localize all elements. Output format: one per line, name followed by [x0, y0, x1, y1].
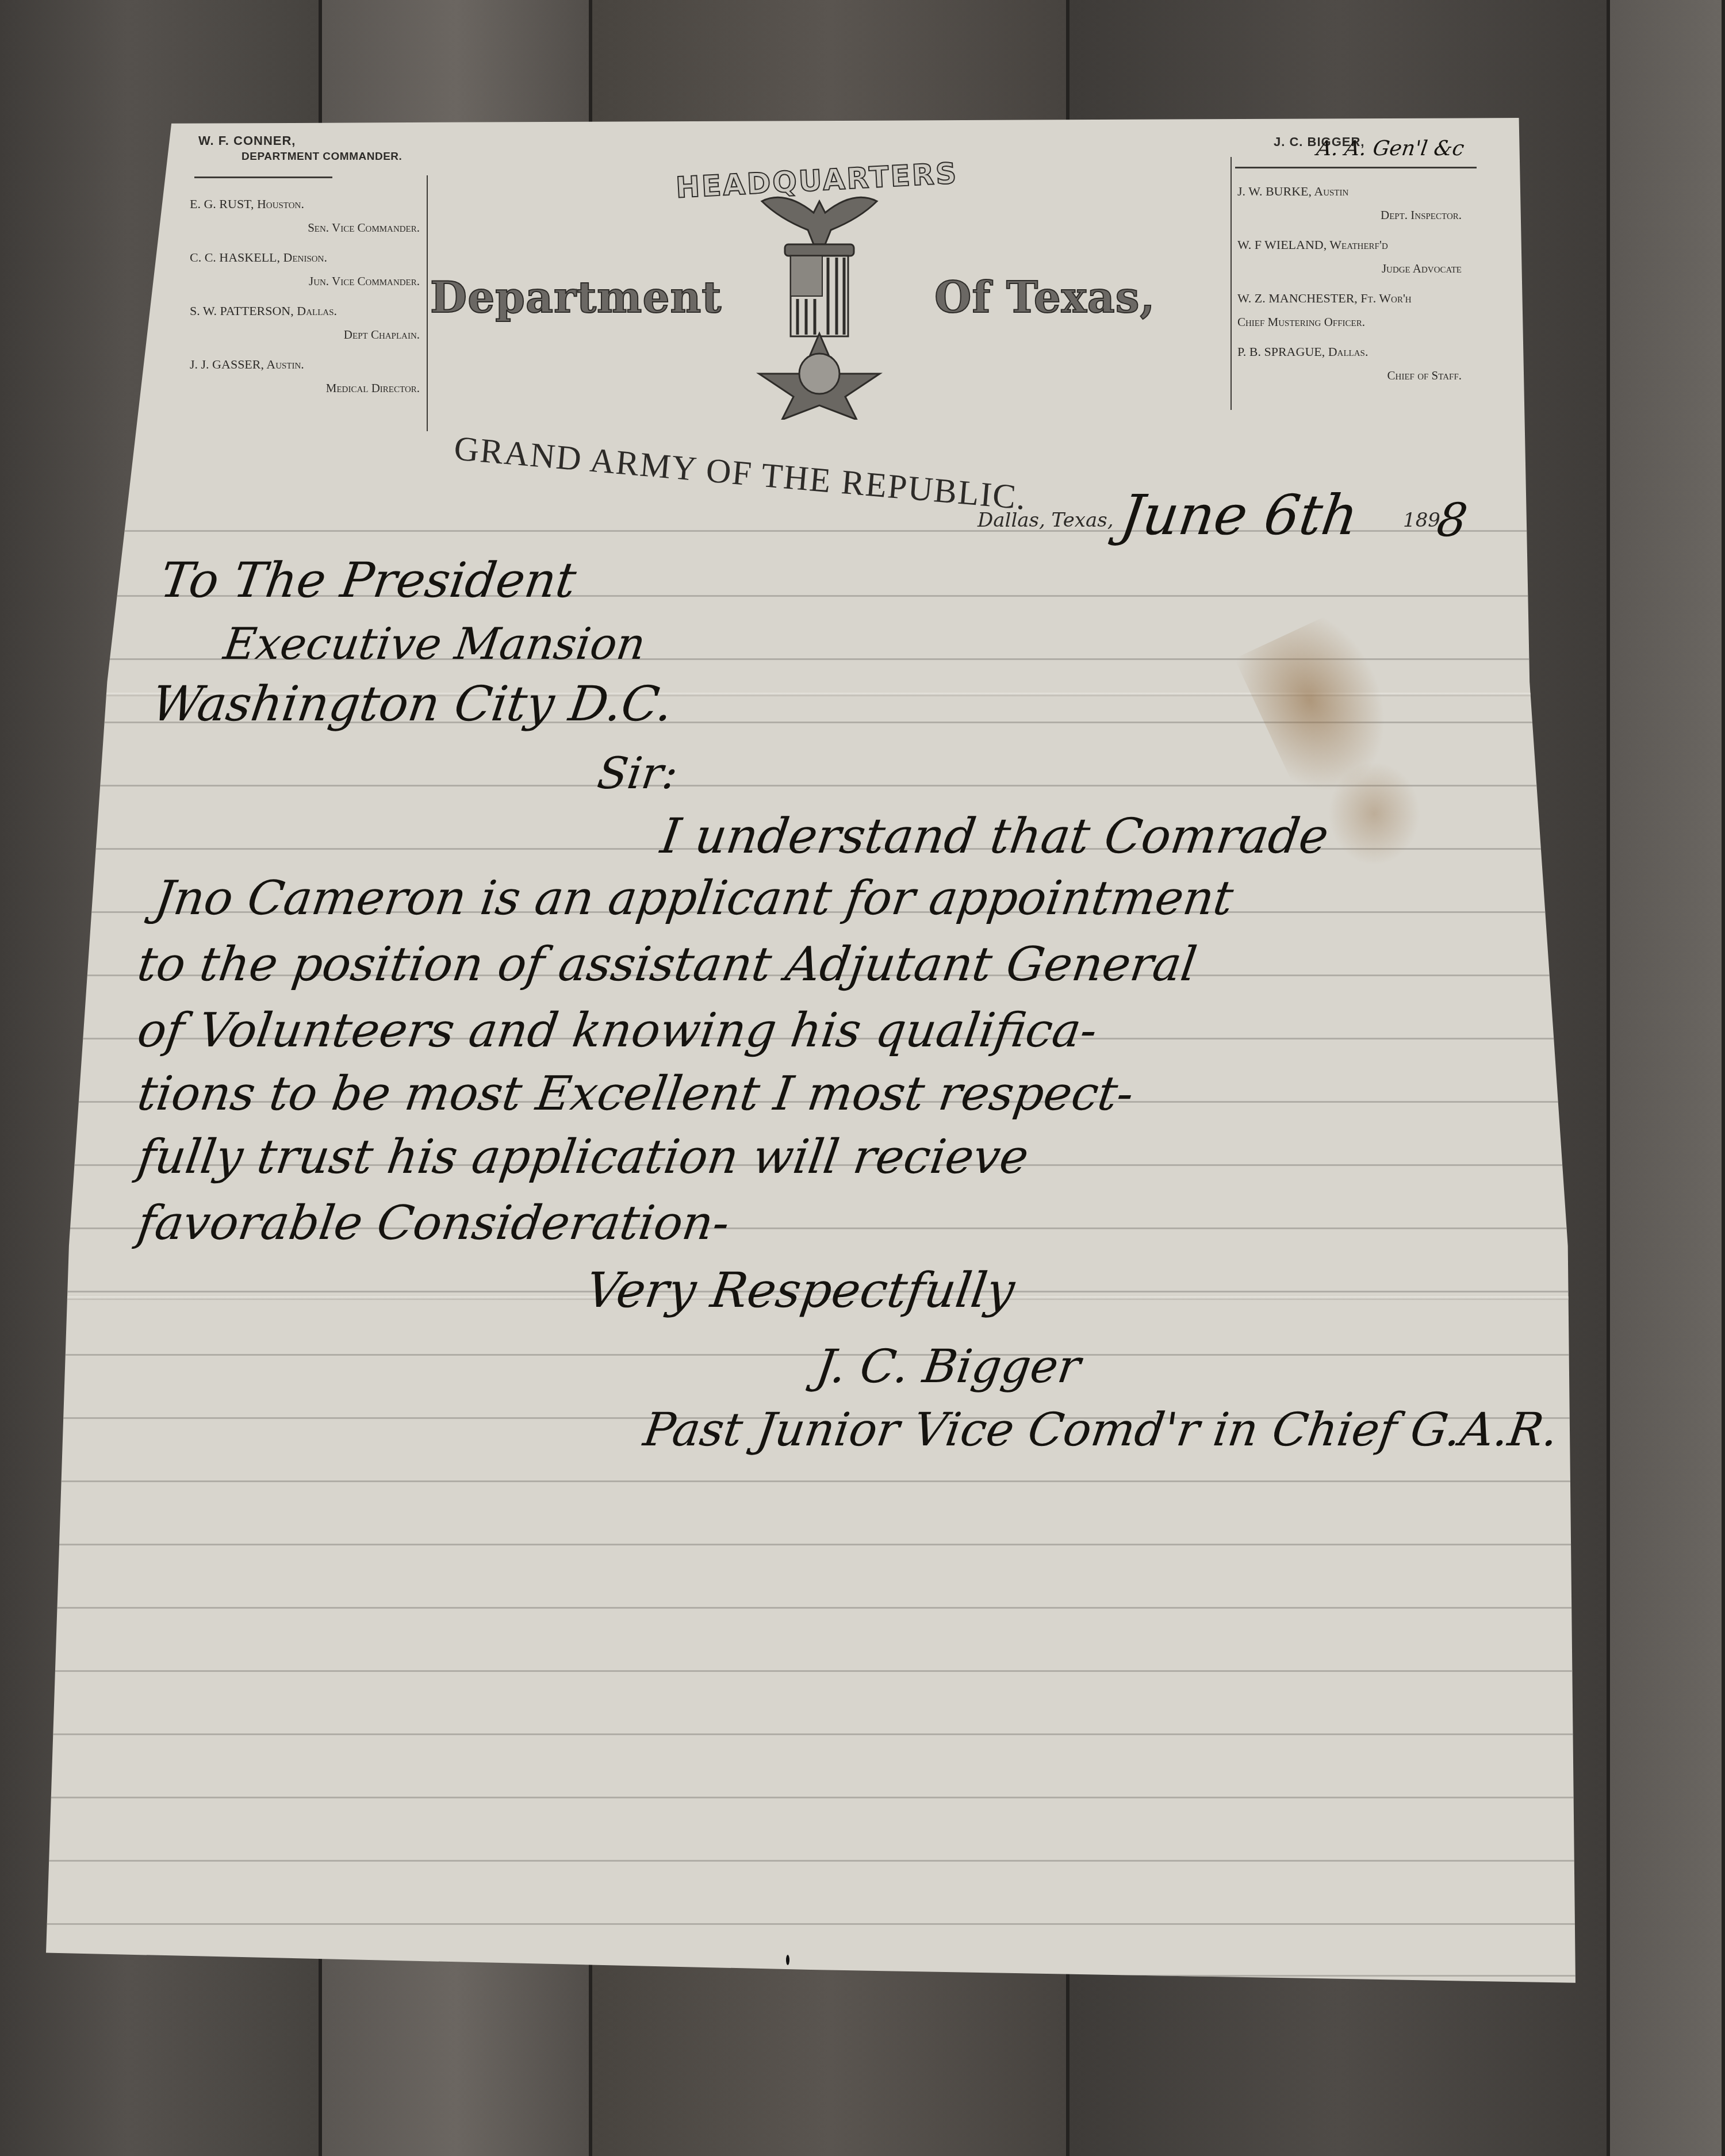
officer-name: J. J. GASSER, Austin. — [190, 357, 420, 372]
ruled-line — [46, 1354, 1575, 1356]
officer-role: Judge Advocate — [1237, 262, 1462, 276]
pinhole-mark — [786, 1955, 789, 1965]
right-officer-list: J. W. BURKE, Austin Dept. Inspector. W. … — [1237, 184, 1462, 383]
officer-role: Dept Chaplain. — [190, 328, 420, 342]
officer-role: Medical Director. — [190, 381, 420, 396]
of-texas-word: Of Texas, — [934, 273, 1155, 323]
officer-name: C. C. HASKELL, Denison. — [190, 250, 420, 265]
water-stain — [1328, 762, 1420, 865]
ruled-line — [46, 1480, 1575, 1482]
body-line: I understand that Comrade — [657, 808, 1332, 864]
body-line: to the position of assistant Adjutant Ge… — [134, 937, 1200, 992]
ruled-line — [46, 1797, 1575, 1798]
address-line-mansion: Executive Mansion — [221, 618, 649, 669]
dateline-year-prefix: 189 — [1403, 509, 1440, 532]
officer-role: Sen. Vice Commander. — [190, 221, 420, 235]
officer-role: Chief Mustering Officer. — [1237, 315, 1462, 329]
left-column-divider — [427, 175, 428, 431]
officer-name: P. B. SPRAGUE, Dallas. — [1237, 344, 1462, 359]
ruled-line — [46, 1607, 1575, 1609]
left-column-rule — [194, 177, 332, 178]
address-line-recipient: To The President — [157, 552, 580, 608]
right-column-divider — [1230, 157, 1232, 410]
officer-name: W. F WIELAND, Weatherf'd — [1237, 237, 1462, 252]
body-line: tions to be most Excellent I most respec… — [134, 1067, 1137, 1121]
ruled-line — [46, 1670, 1575, 1672]
department-word: Department — [430, 273, 722, 323]
body-line: of Volunteers and knowing his qualifica- — [134, 1003, 1100, 1058]
address-line-city: Washington City D.C. — [148, 676, 676, 732]
officer-role: Jun. Vice Commander. — [190, 274, 420, 289]
adjutant-annotation: A. A. Gen'l &c — [1315, 137, 1466, 160]
officer-name: W. Z. MANCHESTER, Ft. Wor'h — [1237, 291, 1462, 306]
officer-name: E. G. RUST, Houston. — [190, 197, 420, 212]
signature: J. C. Bigger — [812, 1340, 1083, 1393]
ruled-line — [46, 1923, 1575, 1925]
commander-title: DEPARTMENT COMMANDER. — [241, 151, 402, 163]
officer-role: Chief of Staff. — [1237, 369, 1462, 383]
signature-title: Past Junior Vice Comd'r in Chief G.A.R. — [640, 1403, 1561, 1456]
officer-name: S. W. PATTERSON, Dallas. — [190, 304, 420, 319]
dateline-date: June 6th — [1117, 483, 1362, 547]
wood-plank — [1610, 0, 1725, 2156]
salutation: Sir: — [595, 747, 681, 799]
commander-name: W. F. CONNER, — [198, 133, 296, 148]
body-line: fully trust his application will recieve — [134, 1130, 1032, 1184]
officer-name: J. W. BURKE, Austin — [1237, 184, 1462, 199]
right-column-rule — [1235, 167, 1477, 168]
ruled-line — [46, 1733, 1575, 1735]
ruled-line — [46, 1544, 1575, 1545]
valediction: Very Respectfully — [582, 1262, 1018, 1318]
body-line: favorable Consideration- — [134, 1196, 733, 1250]
body-line: Jno Cameron is an applicant for appointm… — [151, 871, 1236, 926]
ruled-line — [46, 1860, 1575, 1862]
officer-role: Dept. Inspector. — [1237, 208, 1462, 222]
gar-medal-emblem-icon — [750, 190, 888, 420]
left-officer-list: E. G. RUST, Houston. Sen. Vice Commander… — [190, 197, 420, 396]
dateline-place: Dallas, Texas, — [977, 509, 1113, 532]
